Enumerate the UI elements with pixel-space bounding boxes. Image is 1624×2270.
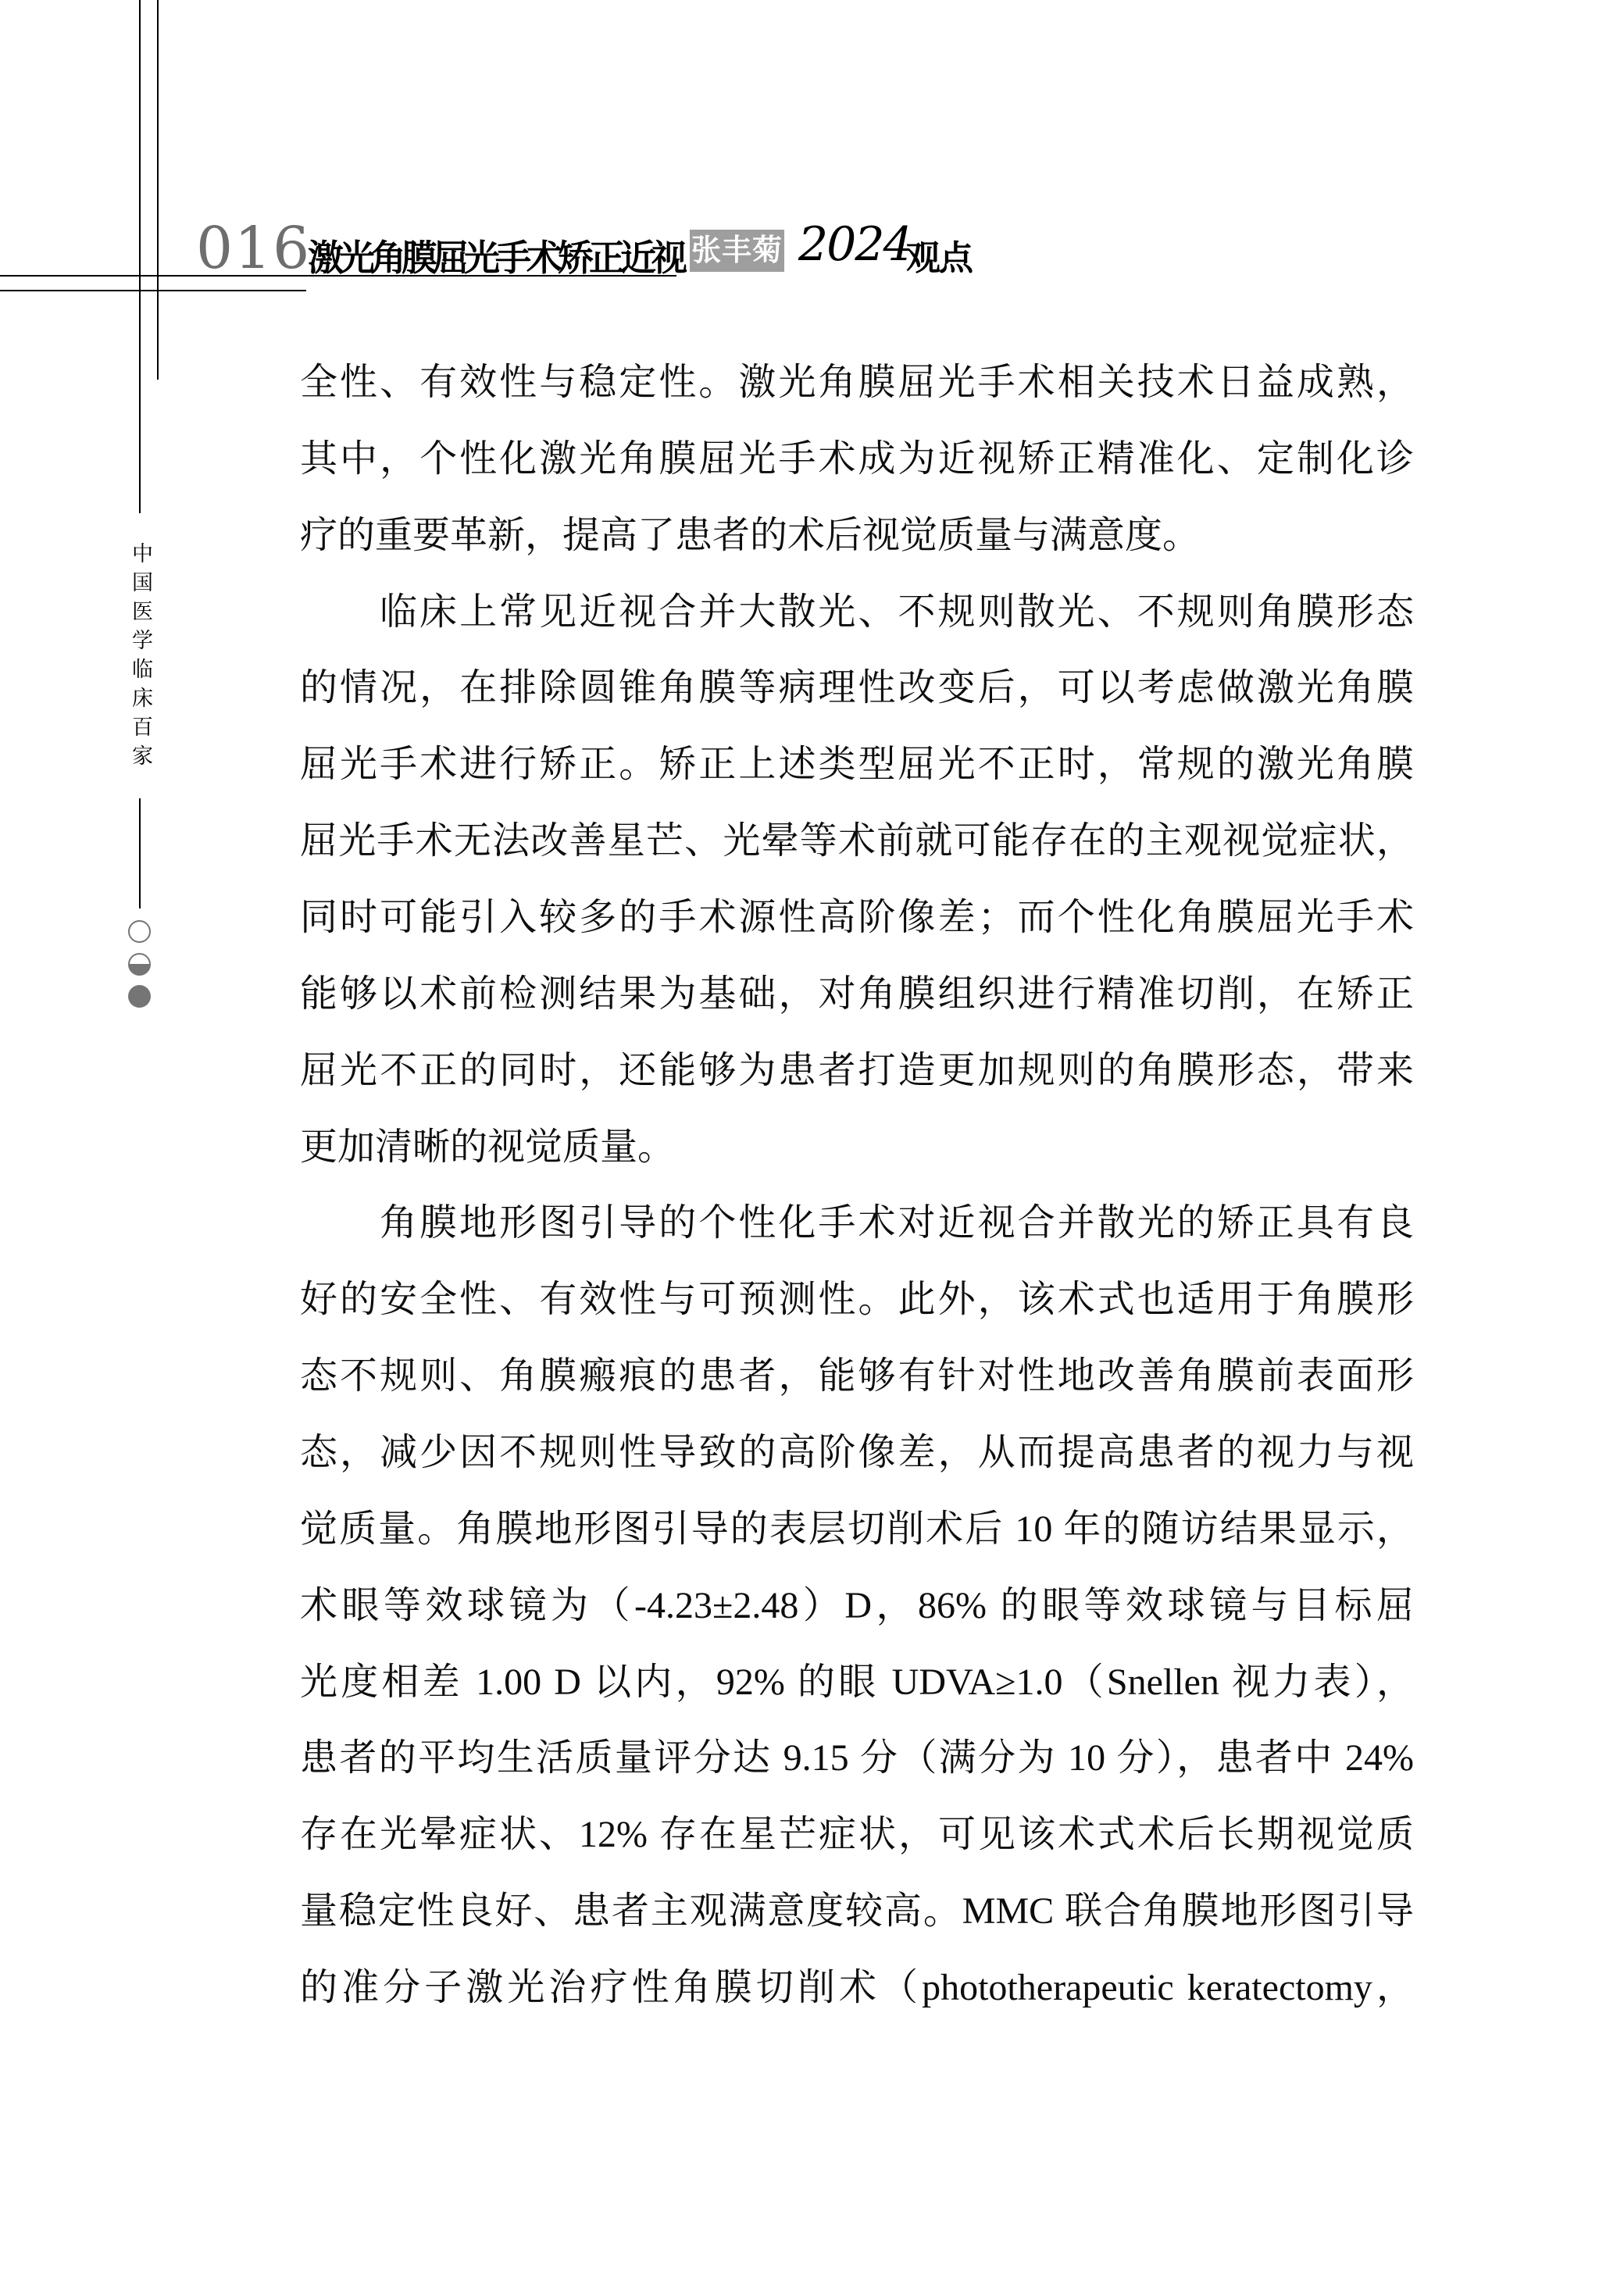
text-line: 的情况，在排除圆锥角膜等病理性改变后，可以考虑做激光角膜 <box>300 650 1414 726</box>
crop-mark-vertical-inner <box>157 0 159 380</box>
text-line: 屈光不正的同时，还能够为患者打造更加规则的角膜形态，带来 <box>300 1033 1414 1109</box>
header-rule-secondary <box>0 290 306 291</box>
text-line: 疗的重要革新，提高了患者的术后视觉质量与满意度。 <box>300 498 1414 574</box>
text-line: 角膜地形图引导的个性化手术对近视合并散光的矫正具有良 <box>300 1185 1414 1262</box>
chapter-title: 激光角膜屈光手术矫正近视 <box>308 240 683 276</box>
text-line: 临床上常见近视合并大散光、不规则散光、不规则角膜形态 <box>300 574 1414 651</box>
text-line: 屈光手术进行矫正。矫正上述类型屈光不正时，常规的激光角膜 <box>300 726 1414 803</box>
text-line: 屈光手术无法改善星芒、光晕等术前就可能存在的主观视觉症状， <box>300 803 1414 880</box>
circle-half-filled-marker <box>128 953 151 976</box>
text-line: 能够以术前检测结果为基础，对角膜组织进行精准切削，在矫正 <box>300 956 1414 1033</box>
text-line: 更加清晰的视觉质量。 <box>300 1109 1414 1186</box>
text-line: 光度相差 1.00 D 以内，92% 的眼 UDVA≥1.0（Snellen 视… <box>300 1644 1414 1721</box>
text-line: 态，减少因不规则性导致的高阶像差，从而提高患者的视力与视 <box>300 1415 1414 1491</box>
text-line: 全性、有效性与稳定性。激光角膜屈光手术相关技术日益成熟， <box>300 344 1414 421</box>
author-badge: 张丰菊 <box>690 230 784 272</box>
text-line: 术眼等效球镜为（-4.23±2.48）D，86% 的眼等效球镜与目标屈 <box>300 1568 1414 1644</box>
page-number: 016 <box>196 223 311 273</box>
crop-mark-vertical-outer <box>139 0 141 513</box>
sidebar-series-title: 中国医学临床百家 <box>125 542 156 776</box>
body-text: 全性、有效性与稳定性。激光角膜屈光手术相关技术日益成熟， 其中，个性化激光角膜屈… <box>300 344 1414 2026</box>
text-line: 患者的平均生活质量评分达 9.15 分（满分为 10 分），患者中 24% <box>300 1720 1414 1797</box>
viewpoint-label: 观点 <box>906 241 972 276</box>
text-line: 存在光晕症状、12% 存在星芒症状，可见该术式术后长期视觉质 <box>300 1797 1414 1873</box>
text-line: 同时可能引入较多的手术源性高阶像差；而个性化角膜屈光手术 <box>300 880 1414 956</box>
circle-outline-marker <box>128 920 151 943</box>
text-line: 觉质量。角膜地形图引导的表层切削术后 10 年的随访结果显示， <box>300 1491 1414 1568</box>
text-line: 其中，个性化激光角膜屈光手术成为近视矫正精准化、定制化诊 <box>300 421 1414 498</box>
text-line: 好的安全性、有效性与可预测性。此外，该术式也适用于角膜形 <box>300 1262 1414 1338</box>
sidebar-vertical-rule-lower <box>139 798 141 908</box>
circle-filled-marker <box>128 985 151 1008</box>
text-line: 量稳定性良好、患者主观满意度较高。MMC 联合角膜地形图引导 <box>300 1873 1414 1950</box>
year-script-text: 2024 <box>798 221 912 268</box>
text-line: 的准分子激光治疗性角膜切削术（phototherapeutic keratect… <box>300 1950 1414 2026</box>
book-page: 016 激光角膜屈光手术矫正近视 张丰菊 2024 观点 中国医学临床百家 全性… <box>0 0 1624 2270</box>
text-line: 态不规则、角膜瘢痕的患者，能够有针对性地改善角膜前表面形 <box>300 1338 1414 1415</box>
